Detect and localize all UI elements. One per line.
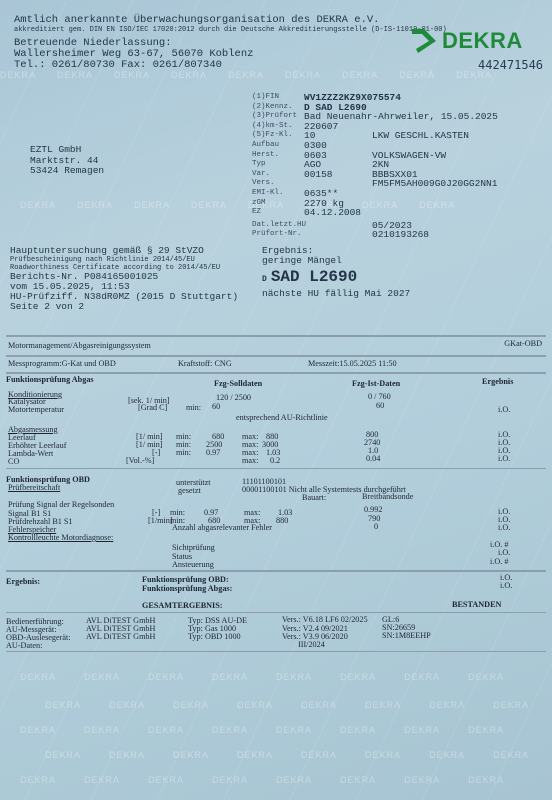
vehicle-row-registration: EZ04.12.2008 [252, 208, 498, 218]
col-target: Fzg-Solldaten [214, 379, 262, 388]
result-value: geringe Mängel [262, 256, 410, 266]
vehicle-row-location: (3)PrüfortBad Neuenahr-Ahrweiler, 15.05.… [252, 112, 498, 122]
section-title: Motormanagement/Abgasreinigungssystem [8, 341, 151, 350]
branch-phone: Tel.: 0261/80730 Fax: 0261/807340 [14, 60, 253, 71]
page-indicator: Seite 2 von 2 [10, 302, 238, 312]
inspection-title: Hauptuntersuchung gemäß § 29 StVZO [10, 246, 238, 256]
dekra-wordmark: DEKRA [442, 28, 523, 54]
vehicle-row-weight: zGM2270 kg [252, 199, 498, 209]
exhaust-title: Funktionsprüfung Abgas [6, 375, 94, 384]
col-result: Ergebnis [482, 377, 513, 386]
dekra-logo-icon [410, 28, 438, 54]
measure-time: Messzeit:15.05.2025 11:50 [308, 359, 397, 368]
vehicle-row-version: Vers.FM5FM5AH009G0J20GG2NN1 [252, 179, 498, 189]
owner-city: 53424 Remagen [30, 166, 104, 177]
dekra-logo: DEKRA [410, 28, 523, 54]
accreditation-line: akkreditiert gem. DIN EN ISO/IEC 17020:2… [14, 26, 447, 34]
exhaust-result: i.O. [500, 581, 512, 590]
result-block: Ergebnis: geringe Mängel DSAD L2690 näch… [262, 246, 410, 299]
emission-test-section: Motormanagement/Abgasreinigungssystem GK… [6, 335, 546, 675]
vehicle-row-fin: (1)FINWV1ZZZ2KZ9X075574 [252, 93, 498, 103]
vehicle-row-site-no: Prüfort-Nr.0210193268 [252, 230, 498, 240]
organisation-line: Amtlich anerkannte Überwachungsorganisat… [14, 14, 379, 26]
col-actual: Fzg-Ist-Daten [352, 379, 400, 388]
branch-block: Betreuende Niederlassung: Wallersheimer … [14, 38, 253, 71]
vehicle-data: (1)FINWV1ZZZ2KZ9X075574 (2)Kennz.D SAD L… [252, 93, 498, 240]
result-label: Ergebnis: [6, 577, 40, 586]
vehicle-row-emission-class: EMI-Kl.0635** [252, 189, 498, 199]
vehicle-row-class: (5)Fz-Kl.10LKW GESCHL.KASTEN [252, 131, 498, 141]
owner-name: EZTL GmbH [30, 145, 104, 156]
engine-temp-result: i.O. [498, 405, 510, 414]
next-hu: nächste HU fällig Mai 2027 [262, 289, 410, 299]
section-code: GKat-OBD [504, 339, 542, 348]
inspection-block: Hauptuntersuchung gemäß § 29 StVZO Prüfb… [10, 246, 238, 312]
document-number: 442471546 [478, 58, 543, 72]
plate-number: DSAD L2690 [262, 268, 410, 289]
program: Messprogramm:G-Kat und OBD [8, 359, 116, 368]
fuel: Kraftstoff: CNG [178, 359, 232, 368]
overall-result: BESTANDEN [452, 600, 501, 609]
owner-address: EZTL GmbH Marktstr. 44 53424 Remagen [30, 145, 104, 177]
